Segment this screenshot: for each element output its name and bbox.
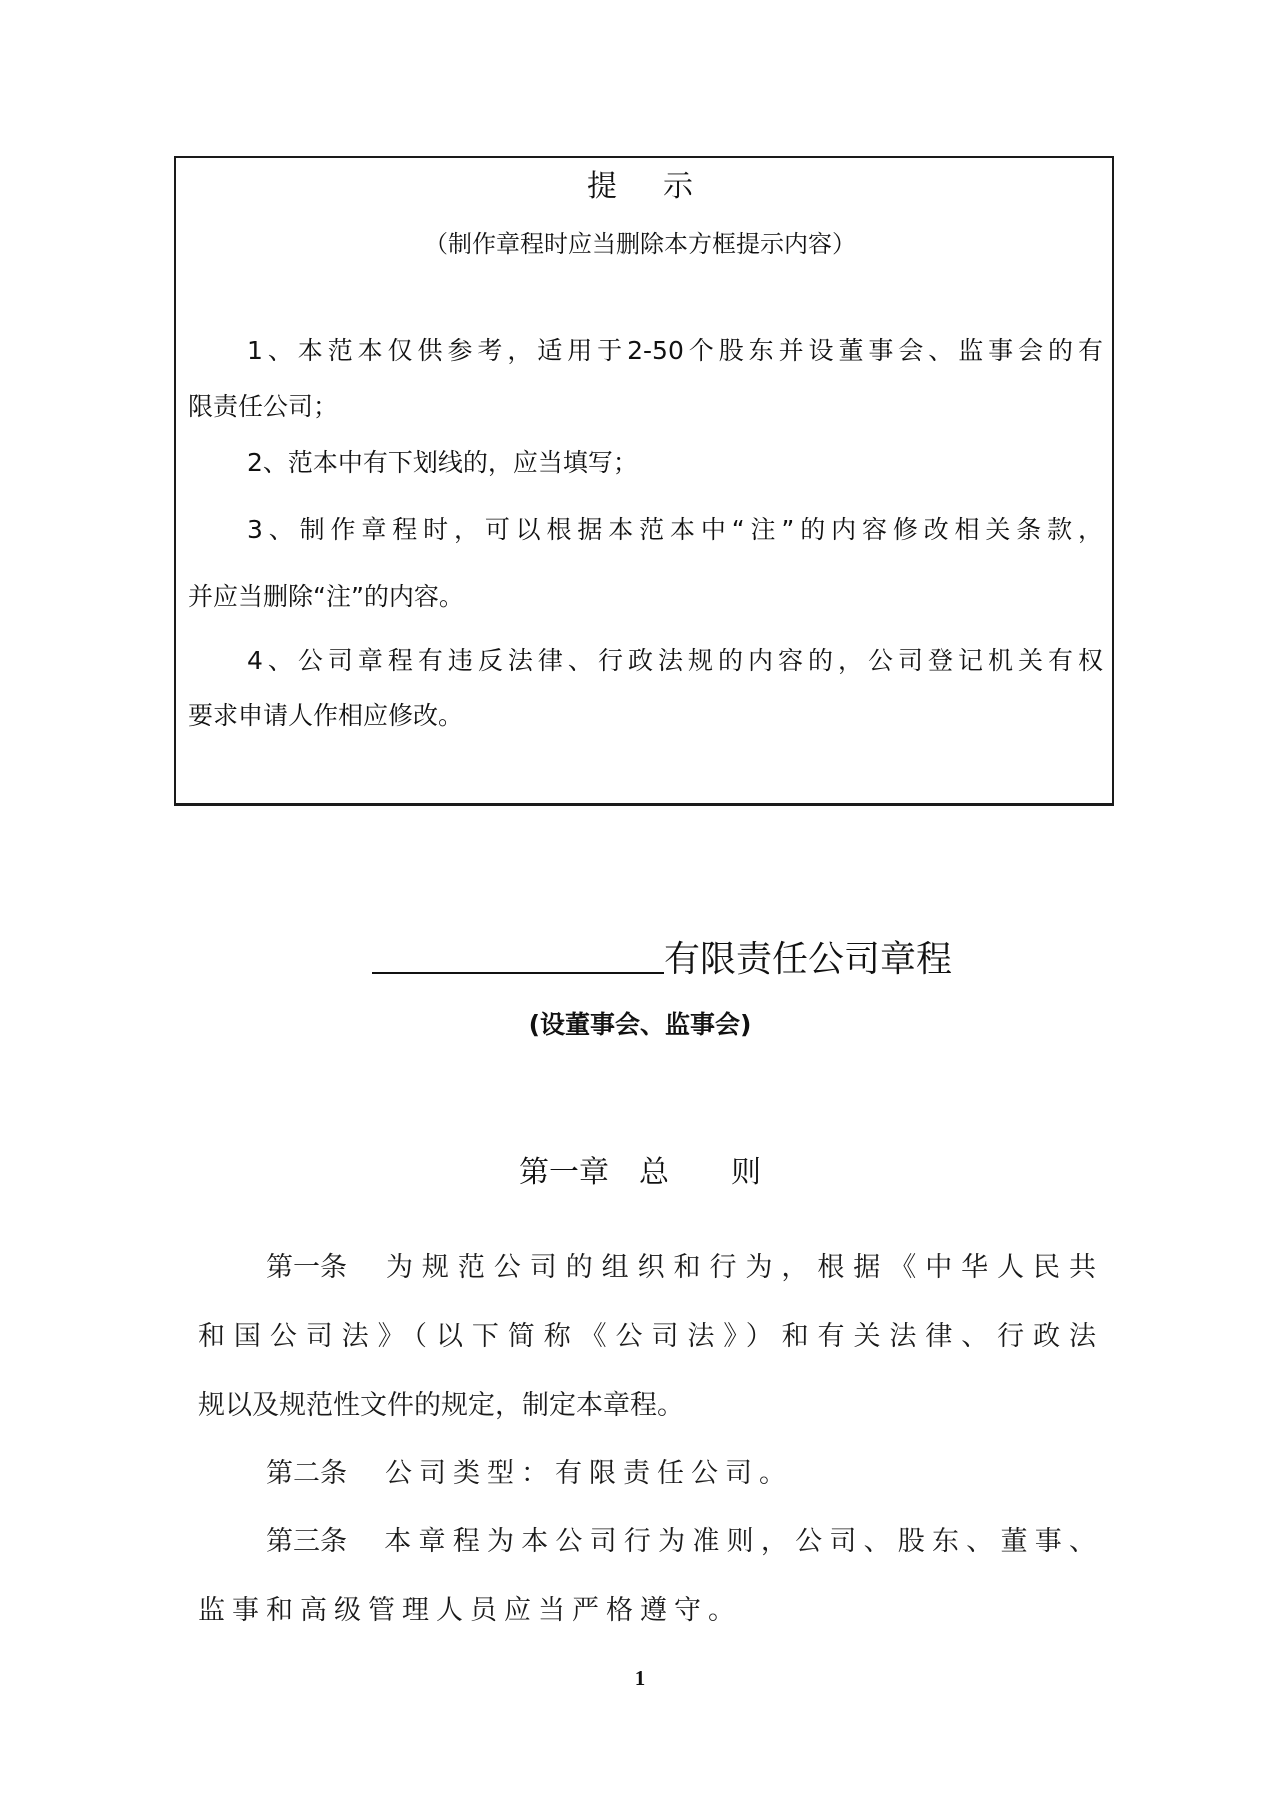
document-subtitle: (设董事会、监事会) <box>0 1012 1280 1037</box>
article-1-text: 为规范公司的组织和行为，根据《中华人民共 <box>377 1252 1096 1283</box>
tip-item-3-line-1: 3、制作章程时，可以根据本范本中“注”的内容修改相关条款， <box>247 517 1103 542</box>
page-number: 1 <box>0 1668 1280 1689</box>
article-2-text: 公司类型：有限责任公司。 <box>385 1458 793 1489</box>
chapter-label: 第一章 <box>519 1155 609 1190</box>
article-1-label: 第一条 <box>266 1254 347 1281</box>
chapter-title-part2: 则 <box>731 1155 761 1190</box>
chapter-heading: 第一章总则 <box>0 1158 1280 1188</box>
tip-item-1-line-1: 1、本范本仅供参考，适用于2-50个股东并设董事会、监事会的有 <box>247 338 1103 363</box>
tip-item-1-line-2: 限责任公司； <box>188 394 1103 419</box>
document-title: 有限责任公司章程 <box>372 942 952 978</box>
tip-box-subtitle: （制作章程时应当删除本方框提示内容） <box>0 232 1280 256</box>
tip-item-4-line-2: 要求申请人作相应修改。 <box>188 703 1103 728</box>
document-page: 提示 （制作章程时应当删除本方框提示内容） 1、本范本仅供参考，适用于2-50个… <box>0 0 1280 1810</box>
chapter-title-part1: 总 <box>639 1155 669 1190</box>
article-1-line-2: 和国公司法》（以下简称《公司法》）和有关法律、行政法 <box>198 1323 1096 1350</box>
article-2-label: 第二条 <box>266 1460 347 1487</box>
article-3-text: 本章程为本公司行为准则，公司、股东、董事、 <box>377 1526 1096 1557</box>
company-name-blank[interactable] <box>372 971 664 974</box>
article-1-line-1: 第一条为规范公司的组织和行为，根据《中华人民共 <box>266 1254 1096 1281</box>
tip-item-4-line-1: 4、公司章程有违反法律、行政法规的内容的，公司登记机关有权 <box>247 648 1103 673</box>
article-3-line-1: 第三条本章程为本公司行为准则，公司、股东、董事、 <box>266 1528 1096 1555</box>
document-title-text: 有限责任公司章程 <box>664 942 952 978</box>
article-3-label: 第三条 <box>266 1528 347 1555</box>
article-1-line-3: 规以及规范性文件的规定，制定本章程。 <box>198 1392 1096 1419</box>
article-2-line-1: 第二条公司类型：有限责任公司。 <box>266 1460 1096 1487</box>
article-3-line-2: 监事和高级管理人员应当严格遵守。 <box>198 1597 1096 1624</box>
tip-item-3-line-2: 并应当删除“注”的内容。 <box>188 584 1103 609</box>
tip-item-2-line-1: 2、范本中有下划线的，应当填写； <box>247 450 1103 475</box>
tip-box-title: 提示 <box>0 172 1280 202</box>
